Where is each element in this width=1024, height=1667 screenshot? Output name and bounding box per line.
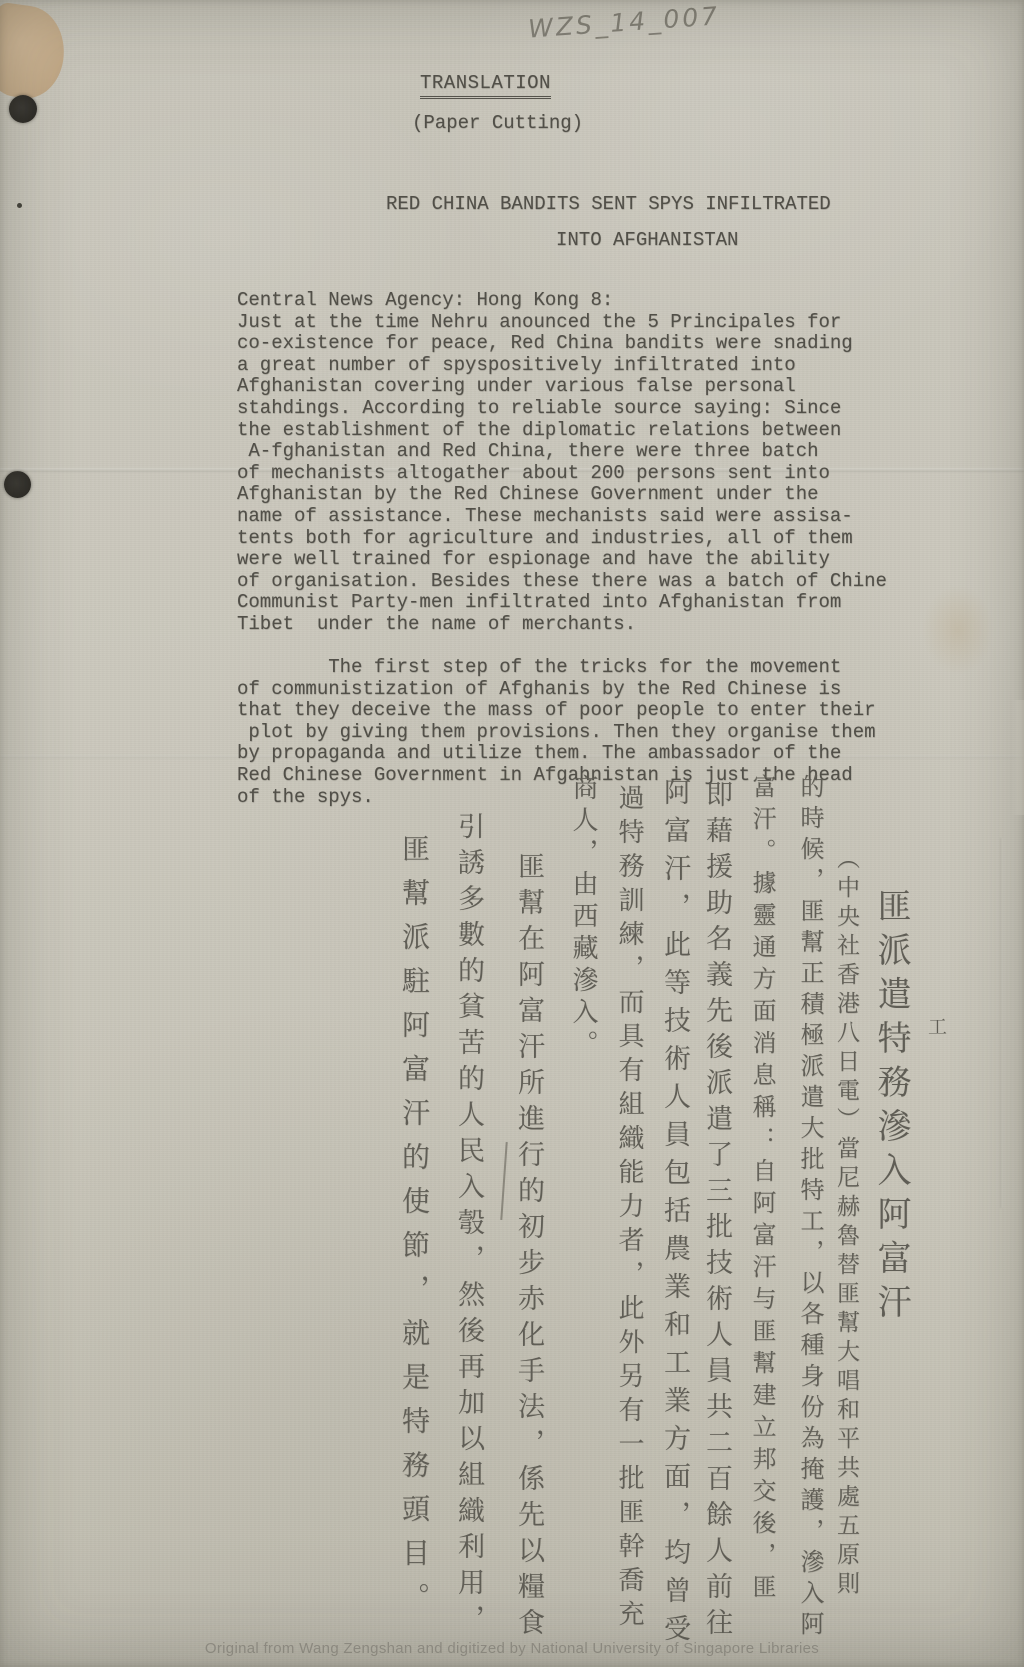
tape-residue — [0, 1, 70, 102]
handwritten-column-6: 阿富汗，此等技術人員包括農業和工業方面，均曾受 — [656, 778, 692, 1652]
handwritten-column-9: 匪幫在阿富汗所進行的初步赤化手法，係先以糧食 — [510, 852, 546, 1644]
document-subtitle: (Paper Cutting) — [412, 112, 583, 134]
handwritten-column-2: （中央社香港八日電）當尼赫魯替匪幫大唱和平共處五原則 — [830, 846, 862, 1600]
handwritten-column-4: 富汗。據靈通方面消息稱：自阿富汗与匪幫建立邦交後，匪 — [745, 774, 778, 1606]
handwritten-column-7: 過特務訓練，而具有組織能力者，此外另有一批匪幹喬充 — [611, 784, 646, 1634]
handwritten-column-11: 匪幫派駐阿富汗的使節，就是特務頭目。 — [395, 834, 433, 1626]
handwritten-column-8: 商人，由西藏滲入。 — [565, 774, 600, 1062]
catalog-number-annotation: WZS_14_007 — [527, 1, 719, 43]
handwritten-column-10: 引誘多數的貧苦的人民入彀，然後再加以組織利用， — [450, 812, 486, 1640]
typewritten-body: Central News Agency: Hong Kong 8: Just a… — [237, 290, 887, 808]
edge-tear — [1012, 700, 1024, 815]
hole-punch-bottom — [4, 471, 31, 498]
handwritten-column-3: 的時候，匪幫正積極派遣大批特工，以各種身份為掩護，滲入阿 — [793, 774, 826, 1642]
handwritten-column-title: 匪派遣特務滲入阿富汗 — [868, 888, 914, 1328]
handwritten-column-5: 即藉援助名義先後派遣了三批技術人員共二百餘人前往 — [698, 780, 734, 1644]
ink-speck — [17, 203, 22, 208]
watermark-footer: Original from Wang Zengshan and digitize… — [0, 1640, 1024, 1657]
article-heading-line2: INTO AFGHANISTAN — [556, 229, 738, 251]
handwritten-emphasis-mark — [500, 1142, 507, 1220]
fold-crease-vertical — [1000, 838, 1003, 1208]
handwritten-chinese-section: 匪派遣特務滲入阿富汗 工 （中央社香港八日電）當尼赫魯替匪幫大唱和平共處五原則 … — [330, 770, 990, 1660]
document-title: TRANSLATION — [420, 72, 551, 94]
scanned-document-page: WZS_14_007 TRANSLATION (Paper Cutting) R… — [0, 0, 1024, 1667]
document-title-text: TRANSLATION — [420, 72, 551, 99]
article-heading-line1: RED CHINA BANDITS SENT SPYS INFILTRATED — [386, 193, 831, 215]
hole-punch-top — [9, 95, 37, 123]
handwritten-correction-annotation: 工 — [928, 1012, 947, 1039]
paper-stain — [922, 585, 994, 675]
